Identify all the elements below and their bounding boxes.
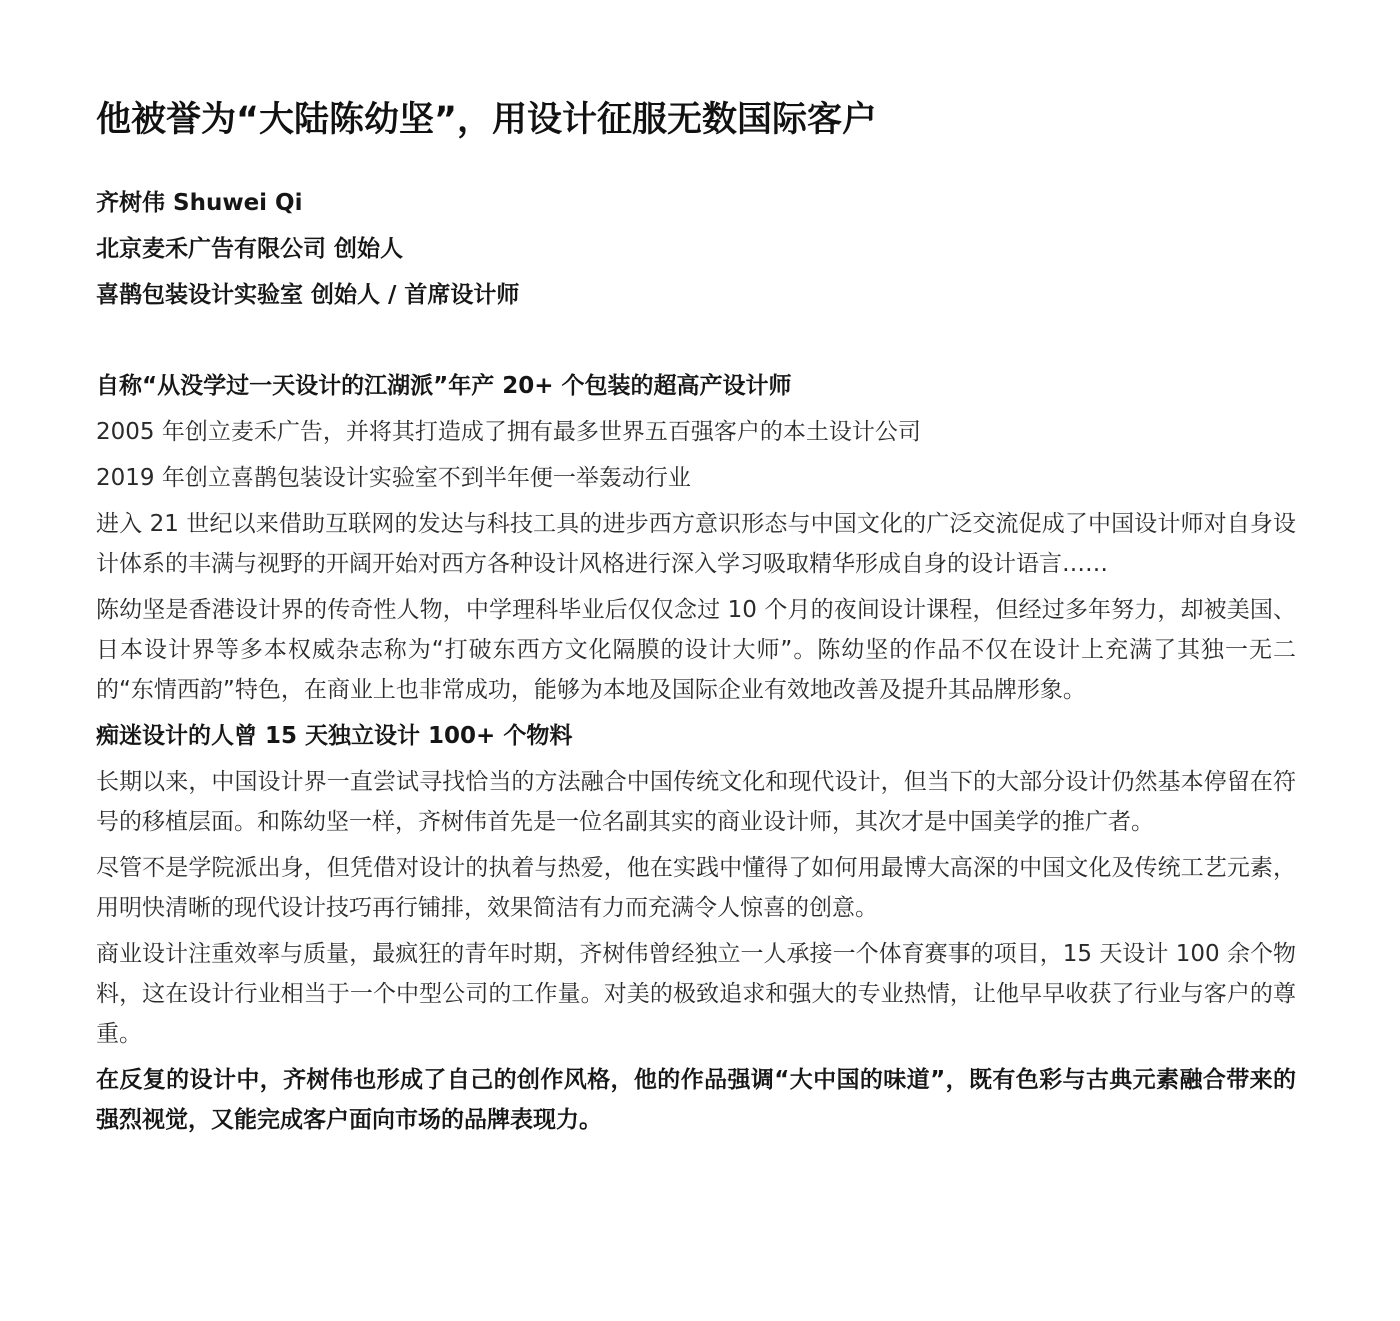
paragraph: 进入 21 世纪以来借助互联网的发达与科技工具的进步西方意识形态与中国文化的广泛… [96,504,1296,584]
paragraph: 商业设计注重效率与质量，最疯狂的青年时期，齐树伟曾经独立一人承接一个体育赛事的项… [96,934,1296,1054]
closing-paragraph: 在反复的设计中，齐树伟也形成了自己的创作风格，他的作品强调“大中国的味道”，既有… [96,1060,1296,1140]
section-heading: 自称“从没学过一天设计的江湖派”年产 20+ 个包装的超高产设计师 [96,366,1296,406]
author-role-company: 北京麦禾广告有限公司 创始人 [96,230,519,276]
author-name: 齐树伟 Shuwei Qi [96,184,519,230]
author-byline: 齐树伟 Shuwei Qi 北京麦禾广告有限公司 创始人 喜鹊包装设计实验室 创… [96,184,519,322]
paragraph: 长期以来，中国设计界一直尝试寻找恰当的方法融合中国传统文化和现代设计，但当下的大… [96,762,1296,842]
article-body: 自称“从没学过一天设计的江湖派”年产 20+ 个包装的超高产设计师 2005 年… [96,366,1296,1146]
section-heading: 痴迷设计的人曾 15 天独立设计 100+ 个物料 [96,716,1296,756]
section-intro: 自称“从没学过一天设计的江湖派”年产 20+ 个包装的超高产设计师 2005 年… [96,366,1296,710]
paragraph: 尽管不是学院派出身，但凭借对设计的执着与热爱，他在实践中懂得了如何用最博大高深的… [96,848,1296,928]
paragraph: 陈幼坚是香港设计界的传奇性人物，中学理科毕业后仅仅念过 10 个月的夜间设计课程… [96,590,1296,710]
section-design-passion: 痴迷设计的人曾 15 天独立设计 100+ 个物料 长期以来，中国设计界一直尝试… [96,716,1296,1140]
paragraph: 2005 年创立麦禾广告，并将其打造成了拥有最多世界五百强客户的本土设计公司 [96,412,1296,452]
author-role-lab: 喜鹊包装设计实验室 创始人 / 首席设计师 [96,276,519,322]
article-title: 他被誉为“大陆陈幼坚”，用设计征服无数国际客户 [96,92,877,142]
paragraph: 2019 年创立喜鹊包装设计实验室不到半年便一举轰动行业 [96,458,1296,498]
